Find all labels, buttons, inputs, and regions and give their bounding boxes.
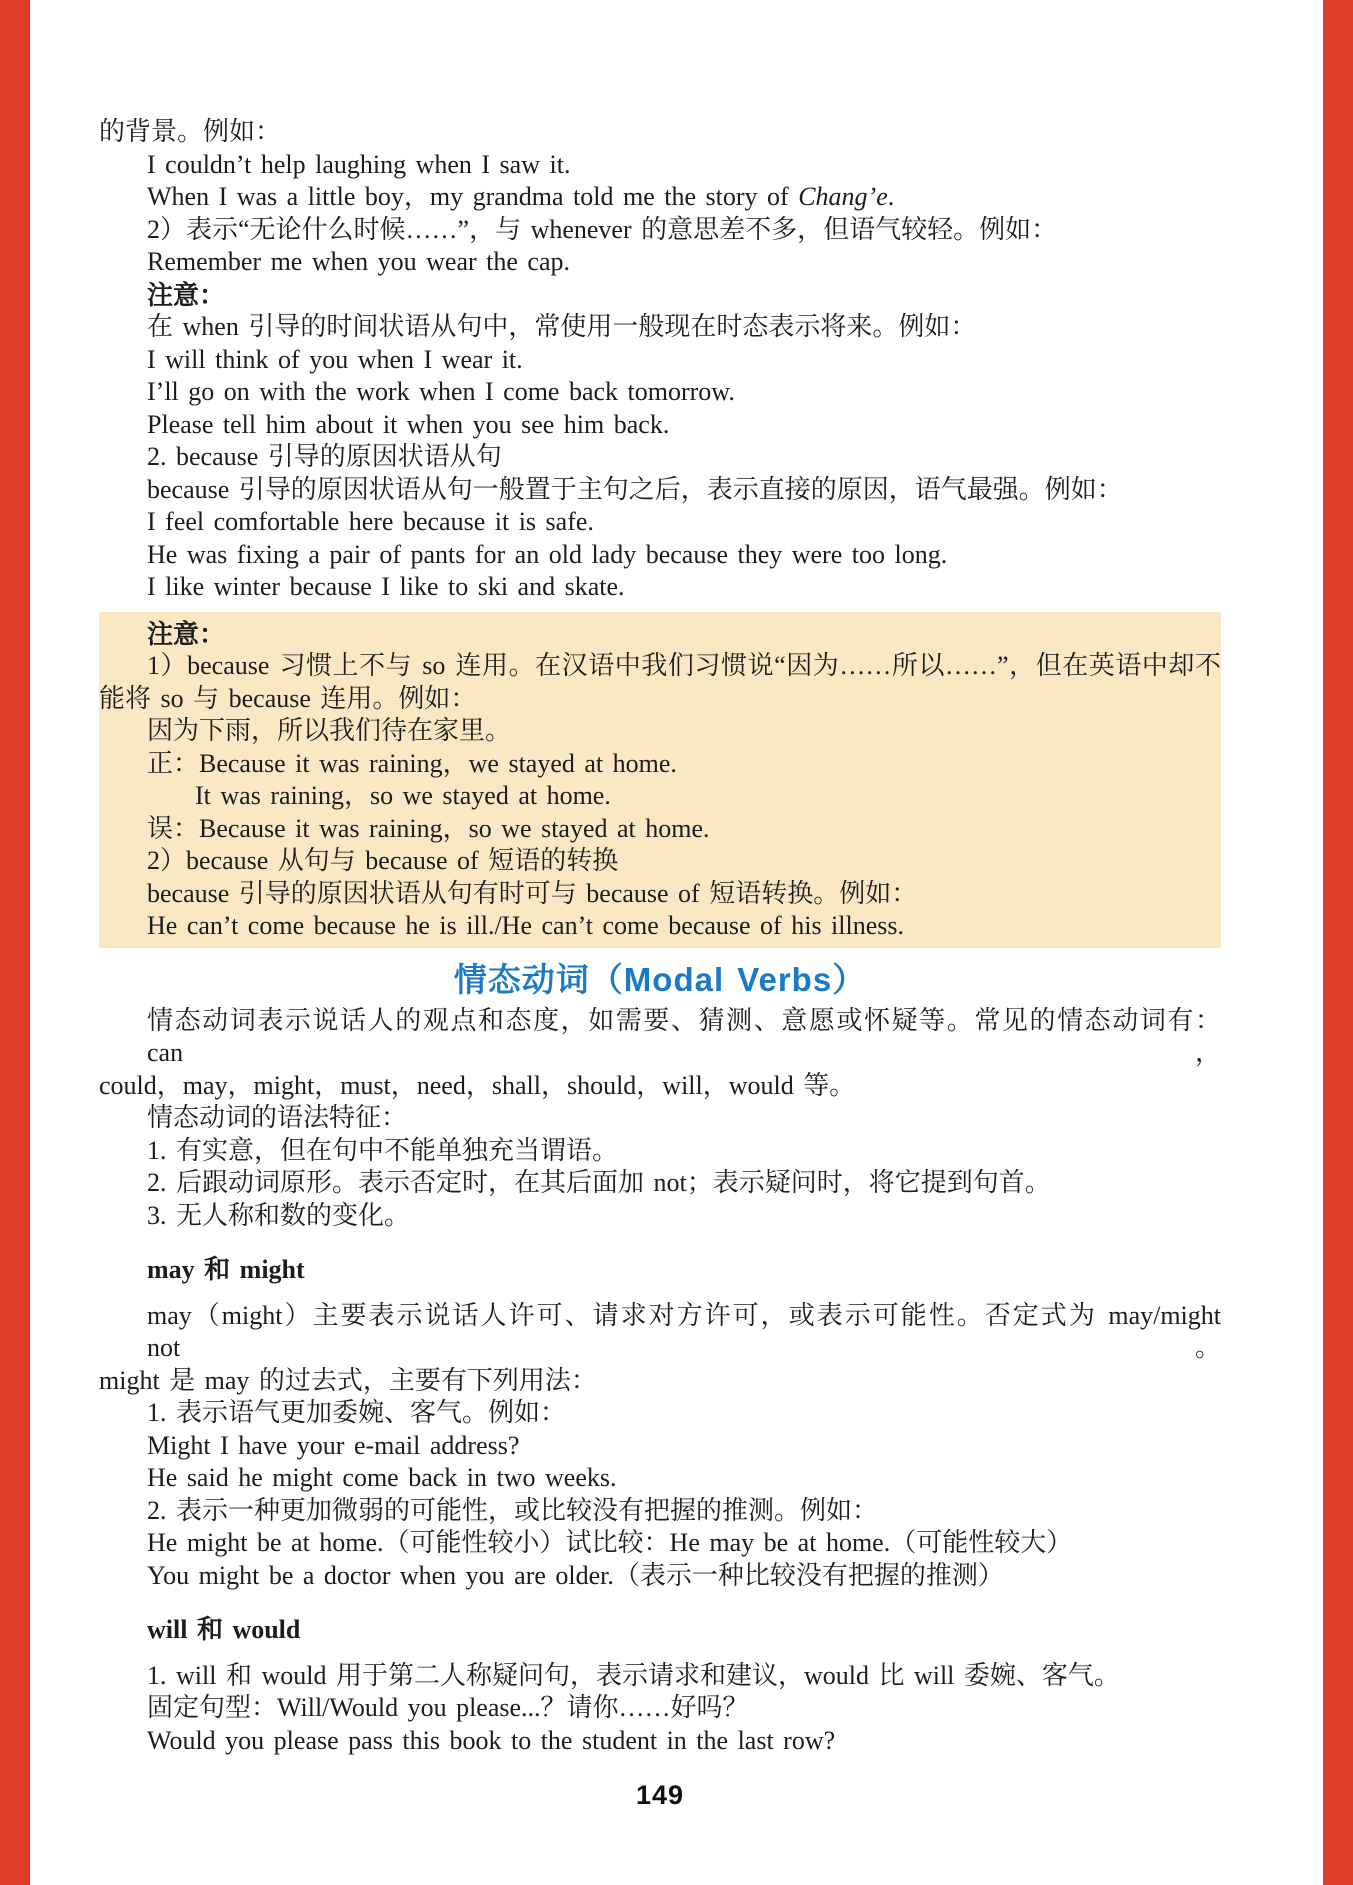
- text-line: 1. will 和 would 用于第二人称疑问句，表示请求和建议，would …: [99, 1660, 1221, 1693]
- text-line: Remember me when you wear the cap.: [99, 246, 1221, 279]
- text-segment: I couldn’t help laughing when I saw it.: [147, 150, 570, 179]
- text-segment: Remember me when you wear the cap.: [147, 247, 570, 276]
- text-segment: 情态动词的语法特征：: [147, 1103, 407, 1132]
- textbook-page: 的背景。例如：I couldn’t help laughing when I s…: [0, 0, 1353, 1885]
- text-line: I feel comfortable here because it is sa…: [99, 506, 1221, 539]
- text-line: 在 when 引导的时间状语从句中，常使用一般现在时态表示将来。例如：: [99, 311, 1221, 344]
- text-segment: 在 when 引导的时间状语从句中，常使用一般现在时态表示将来。例如：: [147, 312, 976, 341]
- text-line: could，may，might，must，need，shall，should，w…: [99, 1070, 1221, 1103]
- text-line: 1）because 习惯上不与 so 连用。在汉语中我们习惯说“因为……所以………: [99, 650, 1221, 683]
- text-line: When I was a little boy，my grandma told …: [99, 181, 1221, 214]
- text-line: might 是 may 的过去式，主要有下列用法：: [99, 1365, 1221, 1398]
- text-segment: I will think of you when I wear it.: [147, 345, 523, 374]
- text-segment: may（might）主要表示说话人许可、请求对方许可，或表示可能性。否定式为 m…: [147, 1301, 1221, 1363]
- text-line: 的背景。例如：: [99, 116, 1221, 149]
- text-line: 因为下雨，所以我们待在家里。: [99, 715, 1221, 748]
- text-line: 注意：: [99, 618, 1221, 651]
- text-segment: Chang’e: [798, 182, 888, 211]
- text-segment: Please tell him about it when you see hi…: [147, 410, 669, 439]
- page-edge-left-bar: [0, 0, 30, 1885]
- text-line: 2. 表示一种更加微弱的可能性，或比较没有把握的推测。例如：: [99, 1495, 1221, 1528]
- text-segment: 因为下雨，所以我们待在家里。: [147, 716, 511, 745]
- modal-verbs-heading: 情态动词（Modal Verbs）: [99, 961, 1221, 999]
- text-segment: 2. 表示一种更加微弱的可能性，或比较没有把握的推测。例如：: [147, 1496, 878, 1525]
- text-line: It was raining，so we stayed at home.: [99, 780, 1221, 813]
- text-segment: He was fixing a pair of pants for an old…: [147, 540, 947, 569]
- text-line: He said he might come back in two weeks.: [99, 1462, 1221, 1495]
- text-segment: .: [888, 182, 895, 211]
- text-line: I couldn’t help laughing when I saw it.: [99, 149, 1221, 182]
- text-segment: might 是 may 的过去式，主要有下列用法：: [99, 1366, 597, 1395]
- page-content: 的背景。例如：I couldn’t help laughing when I s…: [99, 0, 1221, 1757]
- text-segment: 1. 表示语气更加委婉、客气。例如：: [147, 1398, 566, 1427]
- text-line: 2. because 引导的原因状语从句: [99, 441, 1221, 474]
- page-edge-right-bar: [1323, 0, 1353, 1885]
- text-segment: 1）because 习惯上不与 so 连用。在汉语中我们习惯说“因为……所以………: [147, 651, 1221, 680]
- text-line: Please tell him about it when you see hi…: [99, 409, 1221, 442]
- text-line: because 引导的原因状语从句有时可与 because of 短语转换。例如…: [99, 878, 1221, 911]
- text-segment: 固定句型：Will/Would you please...？请你……好吗？: [147, 1693, 749, 1722]
- text-segment: Might I have your e-mail address?: [147, 1431, 519, 1460]
- text-line: I like winter because I like to ski and …: [99, 571, 1221, 604]
- text-line: 能将 so 与 because 连用。例如：: [99, 683, 1221, 716]
- text-line: Would you please pass this book to the s…: [99, 1725, 1221, 1758]
- text-line: 注意：: [99, 279, 1221, 312]
- text-line: 1. 有实意，但在句中不能单独充当谓语。: [99, 1135, 1221, 1168]
- text-segment: Would you please pass this book to the s…: [147, 1726, 835, 1755]
- text-line: I’ll go on with the work when I come bac…: [99, 376, 1221, 409]
- text-segment: 情态动词表示说话人的观点和态度，如需要、猜测、意愿或怀疑等。常见的情态动词有：c…: [147, 1006, 1221, 1068]
- text-line: may（might）主要表示说话人许可、请求对方许可，或表示可能性。否定式为 m…: [99, 1300, 1221, 1365]
- text-segment: 1. 有实意，但在句中不能单独充当谓语。: [147, 1136, 618, 1165]
- text-segment: because 引导的原因状语从句有时可与 because of 短语转换。例如…: [147, 879, 917, 908]
- text-segment: 1. will 和 would 用于第二人称疑问句，表示请求和建议，would …: [147, 1661, 1120, 1690]
- text-segment: He might be at home.（可能性较小）试比较：He may be…: [147, 1528, 1072, 1557]
- text-segment: 3. 无人称和数的变化。: [147, 1201, 410, 1230]
- note-box: 注意：1）because 习惯上不与 so 连用。在汉语中我们习惯说“因为……所…: [99, 612, 1221, 948]
- text-line: You might be a doctor when you are older…: [99, 1560, 1221, 1593]
- text-segment: He can’t come because he is ill./He can’…: [147, 911, 904, 940]
- text-segment: 能将 so 与 because 连用。例如：: [99, 684, 476, 713]
- text-segment: 的背景。例如：: [99, 117, 281, 146]
- text-segment: You might be a doctor when you are older…: [147, 1561, 1004, 1590]
- text-line: 2）because 从句与 because of 短语的转换: [99, 845, 1221, 878]
- text-segment: 2. 后跟动词原形。表示否定时，在其后面加 not；表示疑问时，将它提到句首。: [147, 1168, 1051, 1197]
- may-might-section: may（might）主要表示说话人许可、请求对方许可，或表示可能性。否定式为 m…: [99, 1300, 1221, 1593]
- text-line: Might I have your e-mail address?: [99, 1430, 1221, 1463]
- text-line: 情态动词表示说话人的观点和态度，如需要、猜测、意愿或怀疑等。常见的情态动词有：c…: [99, 1005, 1221, 1070]
- text-segment: I like winter because I like to ski and …: [147, 572, 625, 601]
- text-line: 误：Because it was raining，so we stayed at…: [99, 813, 1221, 846]
- text-segment: 2）because 从句与 because of 短语的转换: [147, 846, 618, 875]
- text-line: because 引导的原因状语从句一般置于主句之后，表示直接的原因，语气最强。例…: [99, 474, 1221, 507]
- text-segment: I’ll go on with the work when I come bac…: [147, 377, 735, 406]
- text-segment: could，may，might，must，need，shall，should，w…: [99, 1071, 855, 1100]
- text-segment: 2. because 引导的原因状语从句: [147, 442, 502, 471]
- modal-verbs-intro: 情态动词表示说话人的观点和态度，如需要、猜测、意愿或怀疑等。常见的情态动词有：c…: [99, 1005, 1221, 1233]
- text-line: I will think of you when I wear it.: [99, 344, 1221, 377]
- text-line: He was fixing a pair of pants for an old…: [99, 539, 1221, 572]
- text-segment: When I was a little boy，my grandma told …: [147, 182, 798, 211]
- text-segment: 2）表示“无论什么时候……”，与 whenever 的意思差不多，但语气较轻。例…: [147, 215, 1057, 244]
- may-might-subhead: may 和 might: [99, 1254, 1221, 1287]
- text-line: 2）表示“无论什么时候……”，与 whenever 的意思差不多，但语气较轻。例…: [99, 214, 1221, 247]
- will-would-section: 1. will 和 would 用于第二人称疑问句，表示请求和建议，would …: [99, 1660, 1221, 1758]
- text-segment: 注意：: [147, 619, 225, 649]
- when-because-section: 的背景。例如：I couldn’t help laughing when I s…: [99, 116, 1221, 604]
- text-segment: 正：Because it was raining，we stayed at ho…: [147, 749, 677, 778]
- page-number: 149: [99, 1780, 1221, 1811]
- text-segment: It was raining，so we stayed at home.: [195, 781, 611, 810]
- text-line: He can’t come because he is ill./He can’…: [99, 910, 1221, 943]
- text-segment: because 引导的原因状语从句一般置于主句之后，表示直接的原因，语气最强。例…: [147, 475, 1123, 504]
- text-segment: 误：Because it was raining，so we stayed at…: [147, 814, 710, 843]
- text-segment: 注意：: [147, 280, 225, 310]
- text-line: 2. 后跟动词原形。表示否定时，在其后面加 not；表示疑问时，将它提到句首。: [99, 1167, 1221, 1200]
- text-line: 固定句型：Will/Would you please...？请你……好吗？: [99, 1692, 1221, 1725]
- text-line: 情态动词的语法特征：: [99, 1102, 1221, 1135]
- text-segment: He said he might come back in two weeks.: [147, 1463, 617, 1492]
- text-line: 3. 无人称和数的变化。: [99, 1200, 1221, 1233]
- text-segment: I feel comfortable here because it is sa…: [147, 507, 594, 536]
- will-would-subhead: will 和 would: [99, 1614, 1221, 1647]
- text-line: He might be at home.（可能性较小）试比较：He may be…: [99, 1527, 1221, 1560]
- text-line: 1. 表示语气更加委婉、客气。例如：: [99, 1397, 1221, 1430]
- text-line: 正：Because it was raining，we stayed at ho…: [99, 748, 1221, 781]
